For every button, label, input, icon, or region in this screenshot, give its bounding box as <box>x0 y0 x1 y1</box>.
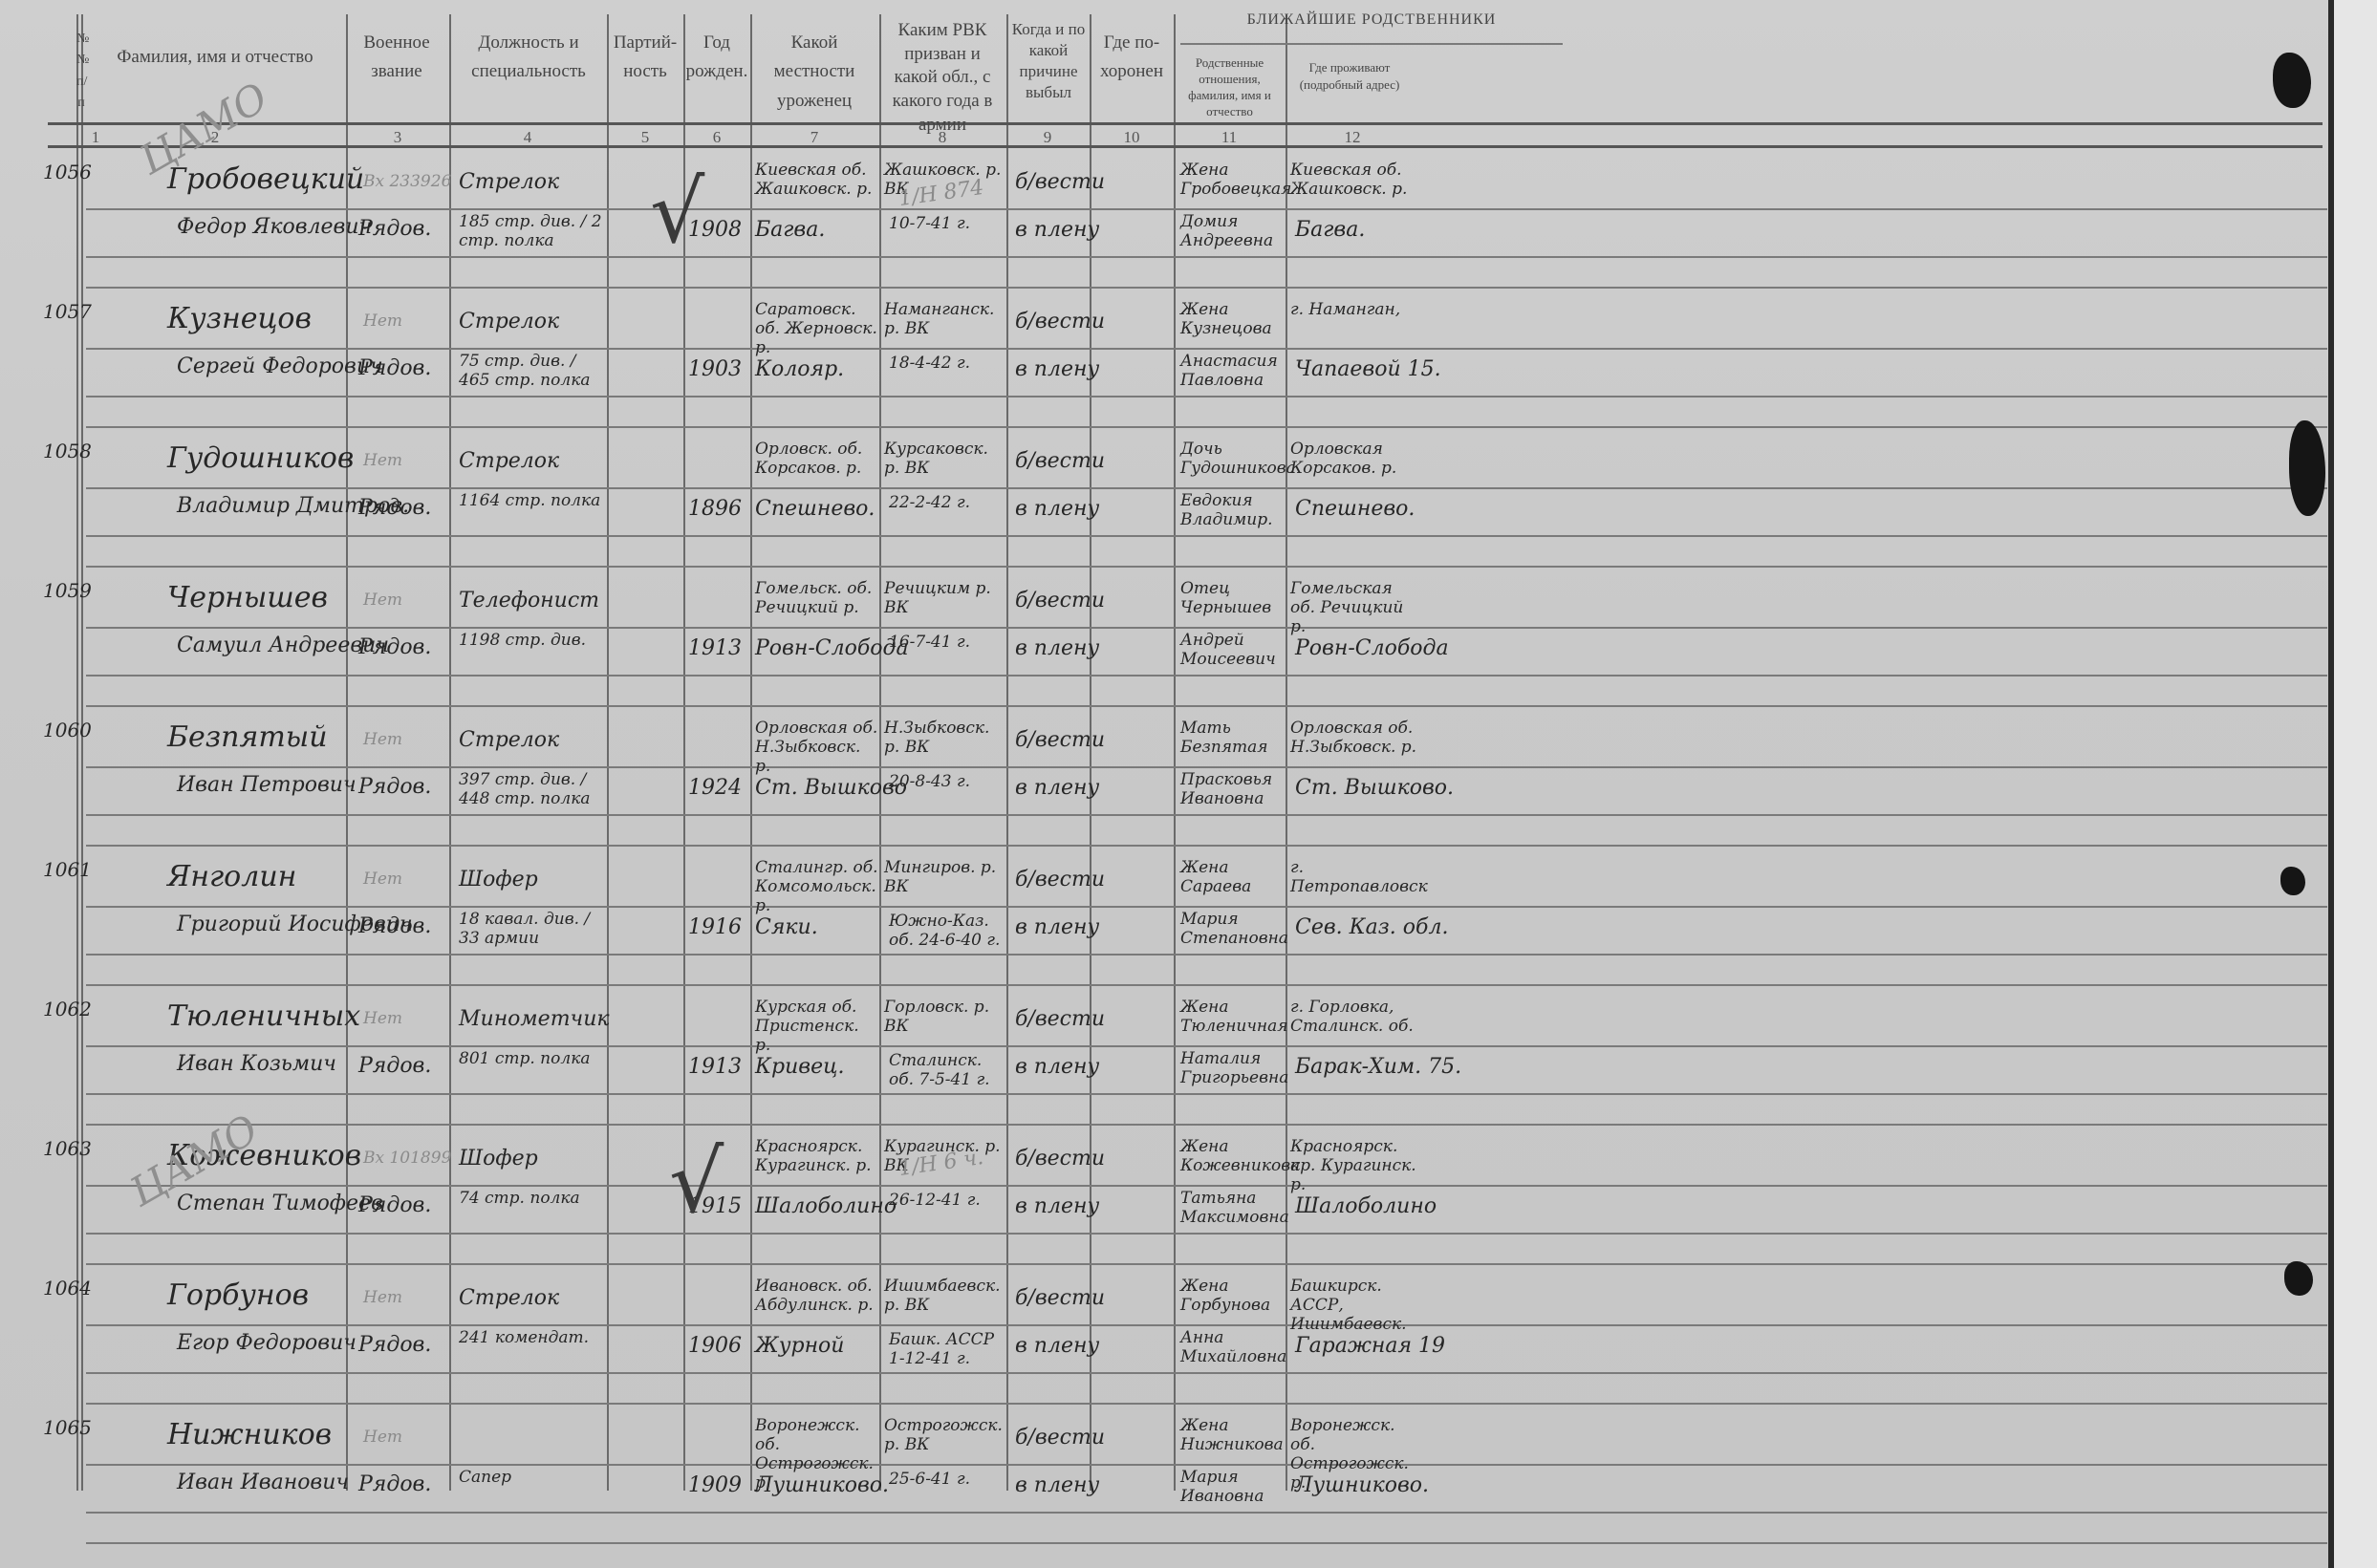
unit: 75 стр. див. / 465 стр. полка <box>459 352 607 390</box>
loss-reason: б/вести <box>1015 1147 1105 1171</box>
birth-year: 1896 <box>688 497 742 521</box>
loss-status: в плену <box>1015 776 1099 800</box>
loss-status: в плену <box>1015 357 1099 381</box>
loss-status: в плену <box>1015 1194 1099 1218</box>
position: Стрелок <box>459 449 559 473</box>
relative-relation: Жена Тюленичная <box>1180 998 1286 1036</box>
row-rule <box>86 1233 2327 1235</box>
birthplace-region: Сталингр. об. Комсомольск. р. <box>755 858 879 915</box>
row-rule <box>86 348 2327 350</box>
row-rule <box>86 1542 2327 1544</box>
given-name-patronymic: Самуил Андреевич <box>177 634 389 657</box>
relative-address-region: г. Петропавловск <box>1290 858 1419 896</box>
row-rule <box>86 627 2327 629</box>
page-edge <box>2332 0 2377 1568</box>
birthplace-region: Саратовск. об. Жерновск. р. <box>755 300 879 357</box>
birthplace-region: Орловск. об. Корсаков. р. <box>755 440 879 478</box>
birthplace-region: Красноярск. Курагинск. р. <box>755 1137 879 1175</box>
column-number: 10 <box>1113 128 1151 147</box>
column-number: 5 <box>626 128 664 147</box>
position: Стрелок <box>459 310 559 333</box>
service-number: Нет <box>363 1288 402 1307</box>
relative-address-region: г. Горловка, Сталинск. об. <box>1290 998 1419 1036</box>
record-number: 1059 <box>43 579 92 602</box>
column-number: 12 <box>1333 128 1372 147</box>
row-rule <box>86 1124 2327 1126</box>
unit: 1198 стр. див. <box>459 631 607 650</box>
relative-address-locality: Багва. <box>1295 218 1365 242</box>
loss-status: в плену <box>1015 915 1099 939</box>
column-number: 7 <box>795 128 833 147</box>
header-rule <box>48 122 2323 125</box>
birth-year: 1924 <box>688 776 742 800</box>
row-rule <box>86 208 2327 210</box>
record-number: 1064 <box>43 1277 92 1300</box>
column-divider <box>750 14 752 1491</box>
relative-relation: Жена Нижникова <box>1180 1416 1286 1454</box>
birth-year: 1913 <box>688 1055 742 1079</box>
record-number: 1058 <box>43 440 92 462</box>
surname: Кузнецов <box>167 302 312 335</box>
header-name: Фамилия, имя и отчество <box>86 43 344 72</box>
birth-year: 1909 <box>688 1473 742 1497</box>
birthplace-village: Кривец. <box>755 1055 844 1079</box>
loss-reason: б/вести <box>1015 449 1105 473</box>
header-rule <box>1180 43 1563 45</box>
surname: Нижников <box>167 1418 332 1451</box>
military-rank: Рядов. <box>358 217 431 241</box>
draft-date: 16-7-41 г. <box>889 633 1004 652</box>
position: Стрелок <box>459 728 559 752</box>
relative-relation: Дочь Гудошникова <box>1180 440 1286 478</box>
column-divider <box>1174 14 1176 1491</box>
draft-date: Сталинск. об. 7-5-41 г. <box>889 1051 1004 1089</box>
military-rank: Рядов. <box>358 1193 431 1217</box>
loss-reason: б/вести <box>1015 170 1105 194</box>
draft-date: Башк. АССР 1-12-41 г. <box>889 1330 1004 1368</box>
military-rank: Рядов. <box>358 1472 431 1496</box>
service-number: Нет <box>363 1009 402 1028</box>
birthplace-region: Курская об. Пристенск. р. <box>755 998 879 1055</box>
column-number: 8 <box>923 128 962 147</box>
column-divider <box>1286 14 1287 1491</box>
birth-year: 1913 <box>688 636 742 660</box>
unit: 801 стр. полка <box>459 1049 607 1068</box>
military-rank: Рядов. <box>358 496 431 520</box>
loss-status: в плену <box>1015 218 1099 242</box>
position: Стрелок <box>459 1286 559 1310</box>
header-relatives: Родственные отношения, фамилия, имя и от… <box>1176 55 1284 120</box>
row-rule <box>86 1403 2327 1405</box>
military-rank: Рядов. <box>358 635 431 659</box>
row-rule <box>86 705 2327 707</box>
row-rule <box>86 1185 2327 1187</box>
row-rule <box>86 954 2327 956</box>
row-rule <box>86 1464 2327 1466</box>
military-rank: Рядов. <box>358 356 431 380</box>
unit: 397 стр. див. / 448 стр. полка <box>459 770 607 808</box>
loss-status: в плену <box>1015 1473 1099 1497</box>
service-number: Нет <box>363 451 402 470</box>
draft-office: Ишимбаевск. р. ВК <box>884 1277 1004 1315</box>
column-divider <box>76 14 78 1491</box>
loss-reason: б/вести <box>1015 1007 1105 1031</box>
relative-address-locality: Лушниково. <box>1295 1473 1429 1497</box>
draft-date: 22-2-42 г. <box>889 493 1004 512</box>
relative-relation: Жена Кожевникова <box>1180 1137 1286 1175</box>
row-rule <box>86 396 2327 397</box>
row-rule <box>86 906 2327 908</box>
unit: 74 стр. полка <box>459 1189 607 1208</box>
header-address: Где проживают (подробный адрес) <box>1287 59 1412 94</box>
relative-name: Анна Михайловна <box>1180 1328 1286 1366</box>
draft-date: 20-8-43 г. <box>889 772 1004 791</box>
birthplace-region: Орловская об. Н.Зыбковск. р. <box>755 719 879 776</box>
row-rule <box>86 1093 2327 1095</box>
row-rule <box>86 1045 2327 1047</box>
loss-reason: б/вести <box>1015 310 1105 333</box>
relative-address-region: Гомельская об. Речицкий р. <box>1290 579 1419 636</box>
header-num: №№ п/п <box>76 29 86 115</box>
header-rvk: Каким РВК призван и какой обл., с какого… <box>881 19 1004 137</box>
loss-reason: б/вести <box>1015 728 1105 752</box>
record-number: 1063 <box>43 1137 92 1160</box>
row-rule <box>86 1372 2327 1374</box>
row-rule <box>86 287 2327 289</box>
position: Шофер <box>459 868 538 891</box>
military-rank: Рядов. <box>358 914 431 938</box>
row-rule <box>86 1512 2327 1514</box>
unit: 241 комендат. <box>459 1328 607 1347</box>
given-name-patronymic: Егор Федорович <box>177 1331 357 1355</box>
birthplace-village: Колояр. <box>755 357 844 381</box>
draft-date: 25-6-41 г. <box>889 1470 1004 1489</box>
relative-address-region: Киевская об. Жашковск. р. <box>1290 161 1419 199</box>
relative-name: Евдокия Владимир. <box>1180 491 1286 529</box>
header-relatives-group: БЛИЖАЙШИЕ РОДСТВЕННИКИ <box>1180 8 1563 32</box>
column-divider <box>449 14 451 1491</box>
unit: 1164 стр. полка <box>459 491 607 510</box>
row-rule <box>86 984 2327 986</box>
column-divider <box>879 14 881 1491</box>
row-rule <box>86 1324 2327 1326</box>
record-number: 1060 <box>43 719 92 741</box>
relative-name: Андрей Моисеевич <box>1180 631 1286 669</box>
row-rule <box>86 766 2327 768</box>
relative-address-locality: Чапаевой 15. <box>1295 357 1441 381</box>
position: Минометчик <box>459 1007 610 1031</box>
birthplace-village: Ровн-Слобода <box>755 636 909 660</box>
header-origin: Какой местности уроженец <box>752 29 876 116</box>
birthplace-village: Лушниково. <box>755 1473 889 1497</box>
service-number: Вх 233926 <box>363 172 451 191</box>
draft-office: Н.Зыбковск. р. ВК <box>884 719 1004 757</box>
ink-blot <box>2280 867 2305 895</box>
service-number: Вх 101899 <box>363 1149 451 1168</box>
relative-relation: Жена Сараева <box>1180 858 1286 896</box>
position: Телефонист <box>459 589 599 612</box>
given-name-patronymic: Степан Тимофеев <box>177 1192 383 1215</box>
checkmark-icon: √ <box>669 1132 724 1233</box>
ink-blot <box>2284 1261 2313 1296</box>
birthplace-village: Спешнево. <box>755 497 875 521</box>
birth-year: 1903 <box>688 357 742 381</box>
service-number: Нет <box>363 870 402 889</box>
relative-relation: Жена Гробовецкая <box>1180 161 1286 199</box>
row-rule <box>86 814 2327 816</box>
column-number: 4 <box>508 128 547 147</box>
relative-relation: Мать Безпятая <box>1180 719 1286 757</box>
draft-office: Речицким р. ВК <box>884 579 1004 617</box>
relative-address-region: Орловская об. Н.Зыбковск. р. <box>1290 719 1419 757</box>
military-rank: Рядов. <box>358 1054 431 1078</box>
loss-reason: б/вести <box>1015 589 1105 612</box>
unit: Сапер <box>459 1468 607 1487</box>
given-name-patronymic: Иван Иванович <box>177 1471 349 1494</box>
birthplace-region: Ивановск. об. Абдулинск. р. <box>755 1277 879 1315</box>
given-name-patronymic: Сергей Федорович <box>177 354 383 378</box>
relative-name: Наталия Григорьевна <box>1180 1049 1286 1087</box>
surname: Гробовецкий <box>167 162 364 196</box>
relative-address-locality: Ст. Вышково. <box>1295 776 1454 800</box>
service-number: Нет <box>363 311 402 331</box>
military-rank: Рядов. <box>358 775 431 799</box>
relative-relation: Жена Кузнецова <box>1180 300 1286 338</box>
column-number: 6 <box>698 128 736 147</box>
relative-name: Мария Степановна <box>1180 910 1286 948</box>
relative-name: Домия Андреевна <box>1180 212 1286 250</box>
birthplace-village: Багва. <box>755 218 825 242</box>
unit: 185 стр. див. / 2 стр. полка <box>459 212 607 250</box>
header-buried: Где по-хоронен <box>1091 29 1172 87</box>
birthplace-village: Шалоболино <box>755 1194 897 1218</box>
relative-address-locality: Спешнево. <box>1295 497 1415 521</box>
given-name-patronymic: Иван Петрович <box>177 773 357 797</box>
surname: Безпятый <box>167 720 328 754</box>
relative-name: Татьяна Максимовна <box>1180 1189 1286 1227</box>
header-position: Должность и специальность <box>452 29 605 87</box>
header-rank: Военное звание <box>349 29 444 87</box>
record-number: 1061 <box>43 858 92 881</box>
relative-relation: Жена Горбунова <box>1180 1277 1286 1315</box>
loss-reason: б/вести <box>1015 1426 1105 1450</box>
relative-address-locality: Шалоболино <box>1295 1194 1437 1218</box>
row-rule <box>86 1263 2327 1265</box>
row-rule <box>86 535 2327 537</box>
position: Шофер <box>459 1147 538 1171</box>
record-number: 1062 <box>43 998 92 1020</box>
column-divider <box>1006 14 1008 1491</box>
row-rule <box>86 256 2327 258</box>
service-number: Нет <box>363 1428 402 1447</box>
column-divider <box>81 14 83 1491</box>
loss-status: в плену <box>1015 636 1099 660</box>
row-rule <box>86 845 2327 847</box>
service-number: Нет <box>363 591 402 610</box>
surname: Горбунов <box>167 1278 309 1312</box>
relative-address-region: Орловская Корсаков. р. <box>1290 440 1419 478</box>
checkmark-icon: √ <box>650 162 704 263</box>
page-binding-edge <box>2328 0 2334 1568</box>
relative-name: Прасковья Ивановна <box>1180 770 1286 808</box>
record-number: 1057 <box>43 300 92 323</box>
draft-office: Острогожск. р. ВК <box>884 1416 1004 1454</box>
header-party: Партий-ность <box>609 29 681 87</box>
draft-date: 10-7-41 г. <box>889 214 1004 233</box>
surname: Гудошников <box>167 441 354 475</box>
position: Стрелок <box>459 170 559 194</box>
loss-status: в плену <box>1015 1055 1099 1079</box>
birthplace-region: Гомельск. об. Речицкий р. <box>755 579 879 617</box>
military-rank: Рядов. <box>358 1333 431 1357</box>
record-number: 1056 <box>43 161 92 183</box>
header-reason: Когда и по какой причине выбыл <box>1008 19 1089 103</box>
column-number: 9 <box>1028 128 1067 147</box>
loss-reason: б/вести <box>1015 1286 1105 1310</box>
surname: Янголин <box>167 860 296 893</box>
draft-date: 26-12-41 г. <box>889 1191 1004 1210</box>
birth-year: 1906 <box>688 1334 742 1358</box>
draft-office: Курсаковск. р. ВК <box>884 440 1004 478</box>
column-divider <box>607 14 609 1491</box>
column-number: 3 <box>378 128 417 147</box>
record-number: 1065 <box>43 1416 92 1439</box>
column-number: 1 <box>76 128 115 147</box>
service-number: Нет <box>363 730 402 749</box>
row-rule <box>86 566 2327 568</box>
loss-reason: б/вести <box>1015 868 1105 891</box>
relative-name: Мария Ивановна <box>1180 1468 1286 1506</box>
draft-office: Наманганск. р. ВК <box>884 300 1004 338</box>
birth-year: 1916 <box>688 915 742 939</box>
birthplace-village: Ст. Вышково <box>755 776 907 800</box>
row-rule <box>86 487 2327 489</box>
relative-address-locality: Барак-Хим. 75. <box>1295 1055 1461 1079</box>
birthplace-village: Журной <box>755 1334 844 1358</box>
draft-office: Мингиров. р. ВК <box>884 858 1004 896</box>
relative-address-locality: Гаражная 19 <box>1295 1334 1445 1358</box>
relative-address-locality: Сев. Каз. обл. <box>1295 915 1448 939</box>
relative-address-region: г. Наманган, <box>1290 300 1419 319</box>
relative-address-locality: Ровн-Слобода <box>1295 636 1449 660</box>
draft-office: Горловск. р. ВК <box>884 998 1004 1036</box>
column-number: 11 <box>1210 128 1248 147</box>
birthplace-region: Киевская об. Жашковск. р. <box>755 161 879 199</box>
loss-status: в плену <box>1015 497 1099 521</box>
surname: Тюленичных <box>167 999 360 1033</box>
draft-date: 18-4-42 г. <box>889 354 1004 373</box>
birthplace-village: Сяки. <box>755 915 818 939</box>
relative-address-region: Красноярск. кр. Курагинск. р. <box>1290 1137 1419 1194</box>
unit: 18 кавал. див. / 33 армии <box>459 910 607 948</box>
given-name-patronymic: Федор Яковлевич <box>177 215 372 239</box>
relative-name: Анастасия Павловна <box>1180 352 1286 390</box>
surname: Чернышев <box>167 581 328 614</box>
header-birth-year: Год рожден. <box>685 29 748 87</box>
relative-address-region: Башкирск. АССР, Ишимбаевск. <box>1290 1277 1419 1334</box>
loss-status: в плену <box>1015 1334 1099 1358</box>
draft-date: Южно-Каз. об. 24-6-40 г. <box>889 912 1004 950</box>
relative-relation: Отец Чернышев <box>1180 579 1286 617</box>
row-rule <box>86 675 2327 677</box>
given-name-patronymic: Иван Козьмич <box>177 1052 336 1076</box>
row-rule <box>86 426 2327 428</box>
